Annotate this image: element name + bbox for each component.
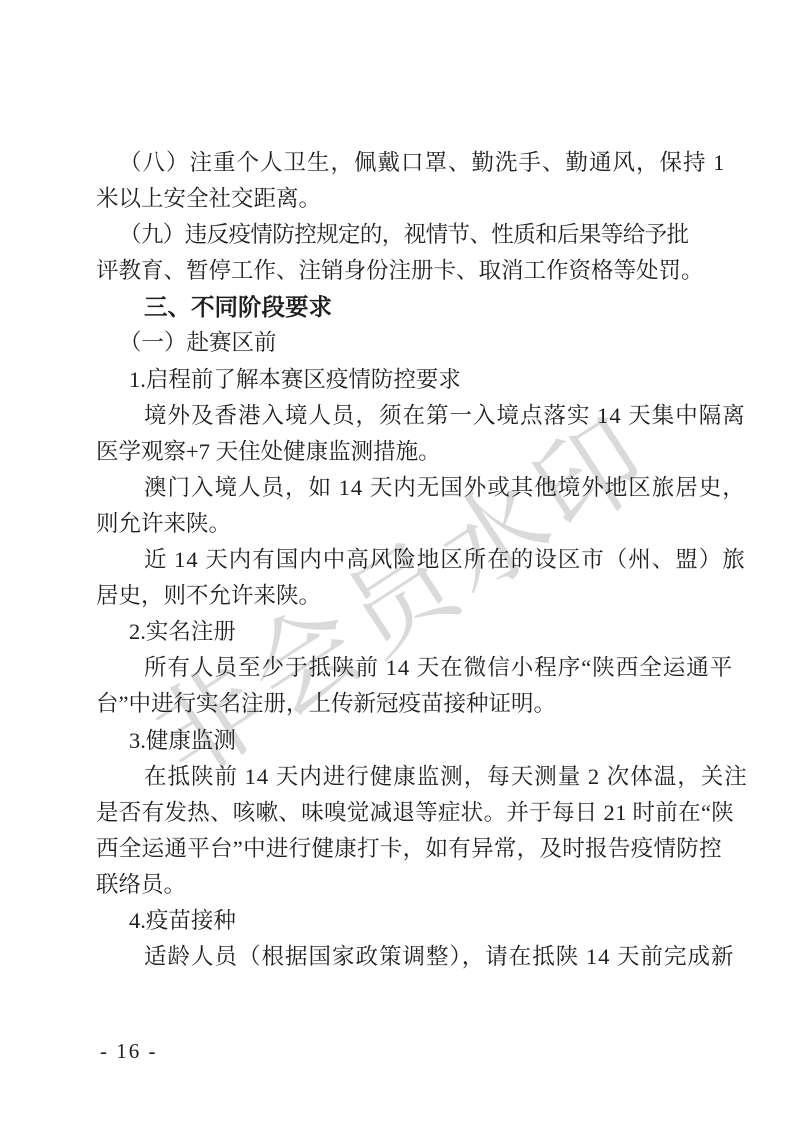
text-line: 则允许来陕。 (96, 506, 713, 542)
subsection-heading: （一）赴赛区前 (96, 325, 713, 361)
text-line: 适龄人员（根据国家政策调整），请在抵陕 14 天前完成新 (96, 939, 713, 975)
text-line: （八）注重个人卫生，佩戴口罩、勤洗手、勤通风，保持 1 (96, 145, 713, 181)
document-page: 非会员水印 （八）注重个人卫生，佩戴口罩、勤洗手、勤通风，保持 1 米以上安全社… (0, 0, 793, 1122)
page-number: - 16 - (100, 1038, 158, 1064)
text-line: 澳门入境人员，如 14 天内无国外或其他境外地区旅居史， (96, 470, 713, 506)
text-line: 米以上安全社交距离。 (96, 181, 713, 217)
text-block: （八）注重个人卫生，佩戴口罩、勤洗手、勤通风，保持 1 米以上安全社交距离。 （… (96, 145, 713, 975)
numbered-heading: 2.实名注册 (96, 614, 713, 650)
text-line: 在抵陕前 14 天内进行健康监测，每天测量 2 次体温，关注 (96, 759, 713, 795)
text-line: 医学观察+7 天住处健康监测措施。 (96, 434, 713, 470)
text-line: （九）违反疫情防控规定的，视情节、性质和后果等给予批 (96, 217, 713, 253)
text-line: 所有人员至少于抵陕前 14 天在微信小程序“陕西全运通平 (96, 650, 713, 686)
text-line: 台”中进行实名注册，上传新冠疫苗接种证明。 (96, 686, 713, 722)
text-line: 近 14 天内有国内中高风险地区所在的设区市（州、盟）旅 (96, 542, 713, 578)
numbered-heading: 4.疫苗接种 (96, 903, 713, 939)
text-line: 是否有发热、咳嗽、味嗅觉减退等症状。并于每日 21 时前在“陕 (96, 795, 713, 831)
section-heading: 三、不同阶段要求 (96, 289, 713, 325)
numbered-heading: 3.健康监测 (96, 723, 713, 759)
numbered-heading: 1.启程前了解本赛区疫情防控要求 (96, 362, 713, 398)
text-line: 居史，则不允许来陕。 (96, 578, 713, 614)
text-line: 联络员。 (96, 867, 713, 903)
text-line: 境外及香港入境人员，须在第一入境点落实 14 天集中隔离 (96, 398, 713, 434)
text-line: 西全运通平台”中进行健康打卡，如有异常，及时报告疫情防控 (96, 831, 713, 867)
text-line: 评教育、暂停工作、注销身份注册卡、取消工作资格等处罚。 (96, 253, 713, 289)
